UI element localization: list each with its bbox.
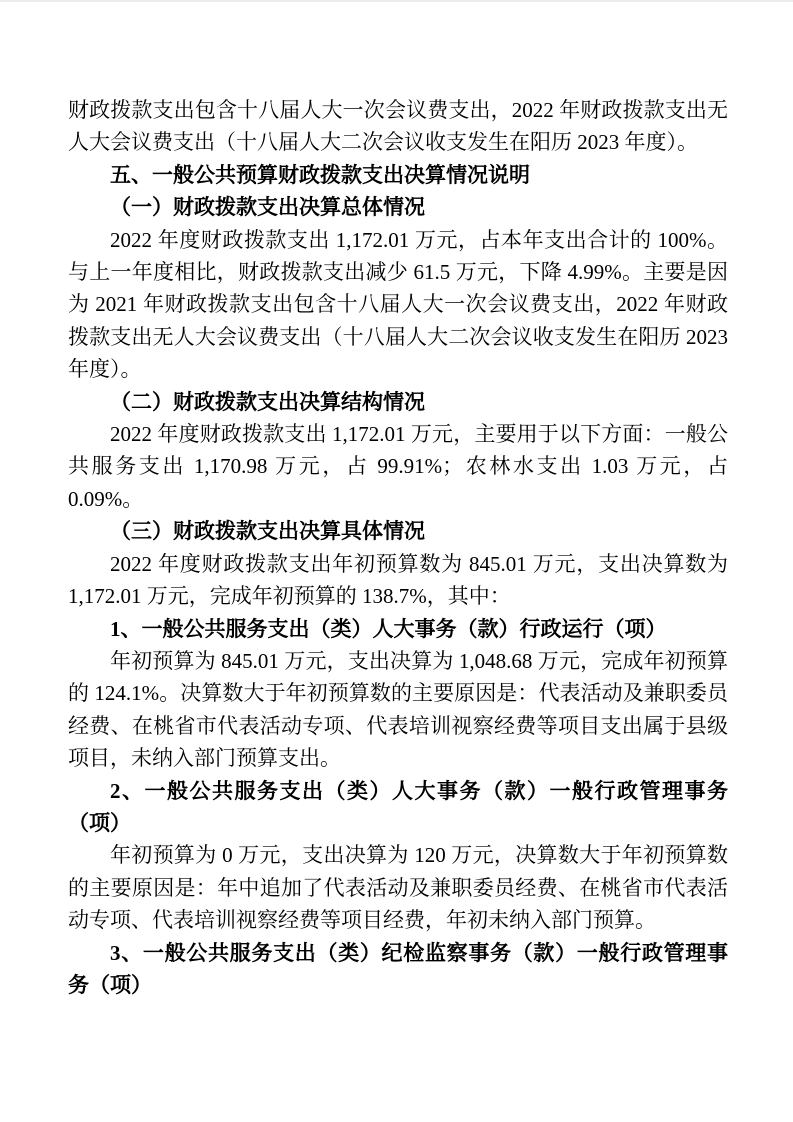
heading-subsection-two: （二）财政拨款支出决算结构情况: [68, 386, 728, 418]
paragraph-specific-situation: 2022 年度财政拨款支出年初预算数为 845.01 万元，支出决算数为 1,1…: [68, 548, 728, 613]
paragraph-structure-situation: 2022 年度财政拨款支出 1,172.01 万元，主要用于以下方面：一般公共服…: [68, 418, 728, 515]
heading-section-five: 五、一般公共预算财政拨款支出决算情况说明: [68, 159, 728, 191]
heading-subsection-three: （三）财政拨款支出决算具体情况: [68, 515, 728, 547]
page-top-edge-divider: [0, 0, 793, 2]
heading-item-three: 3、一般公共服务支出（类）纪检监察事务（款）一般行政管理事务（项）: [68, 937, 728, 1002]
heading-item-one: 1、一般公共服务支出（类）人大事务（款）行政运行（项）: [68, 613, 728, 645]
document-page: 财政拨款支出包含十八届人大一次会议费支出，2022 年财政拨款支出无人大会议费支…: [0, 0, 793, 1122]
document-body: 财政拨款支出包含十八届人大一次会议费支出，2022 年财政拨款支出无人大会议费支…: [68, 94, 728, 1001]
paragraph-item-one-detail: 年初预算为 845.01 万元，支出决算为 1,048.68 万元，完成年初预算…: [68, 645, 728, 775]
heading-item-two: 2、一般公共服务支出（类）人大事务（款）一般行政管理事务（项）: [68, 775, 728, 840]
paragraph-carryover: 财政拨款支出包含十八届人大一次会议费支出，2022 年财政拨款支出无人大会议费支…: [68, 94, 728, 159]
paragraph-item-two-detail: 年初预算为 0 万元，支出决算为 120 万元，决算数大于年初预算数的主要原因是…: [68, 839, 728, 936]
paragraph-overall-situation: 2022 年度财政拨款支出 1,172.01 万元，占本年支出合计的 100%。…: [68, 224, 728, 386]
heading-subsection-one: （一）财政拨款支出决算总体情况: [68, 191, 728, 223]
